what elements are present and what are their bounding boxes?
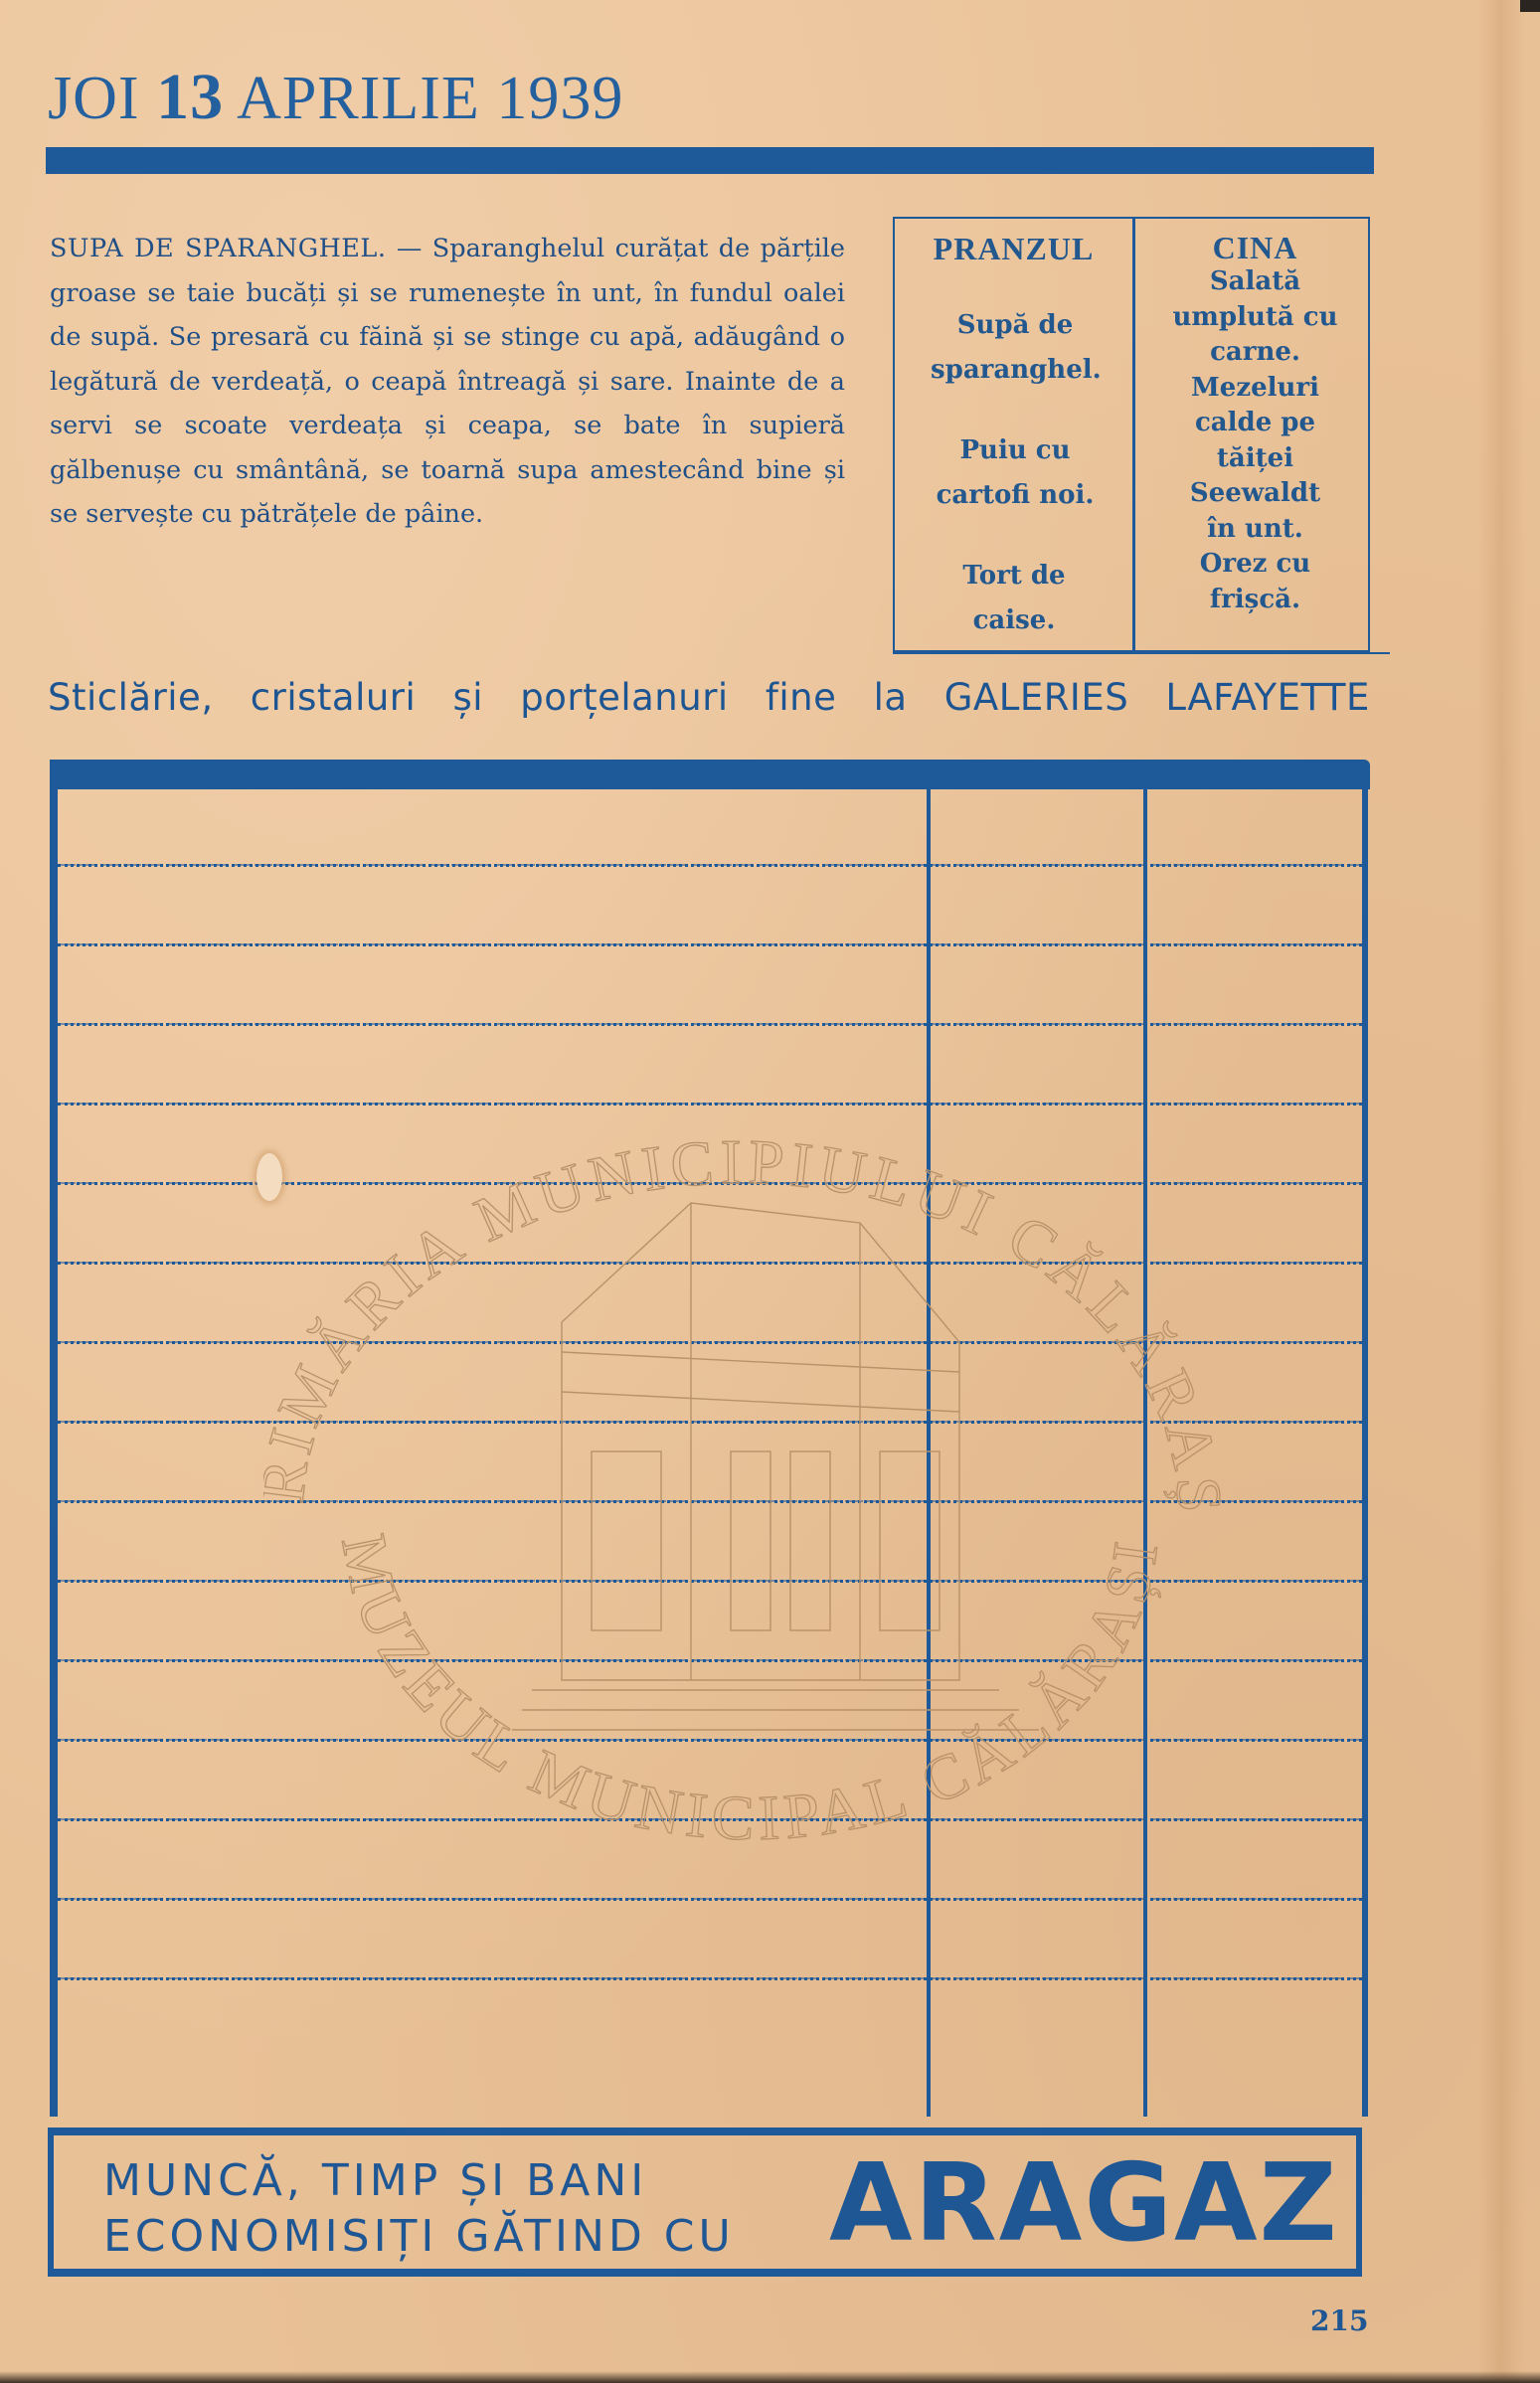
ad-word: fine (766, 676, 837, 719)
menu-line: Seewaldt (1138, 476, 1372, 512)
menu-line: Salată (1138, 264, 1372, 300)
daily-menu-table: PRANZUL Supă de sparanghel. Puiu cu cart… (893, 217, 1370, 652)
menu-line: Orez cu (1138, 547, 1372, 583)
scan-edge-bottom (0, 2371, 1540, 2383)
ledger-ruled-line (58, 1898, 1362, 1901)
ledger-ruled-line (58, 1103, 1362, 1106)
page-number: 215 (1310, 2304, 1368, 2337)
ledger-ruled-line (58, 1262, 1362, 1265)
ad-word: cristaluri (251, 676, 417, 719)
menu-item: Supă de sparanghel. (931, 303, 1100, 393)
menu-line: în unt. (1138, 512, 1372, 548)
menu-line: umplută cu (1138, 300, 1372, 336)
ledger-column-divider (927, 785, 931, 2117)
galeries-lafayette-ad: Sticlărie, cristaluri și porțelanuri fin… (48, 676, 1370, 719)
ad-word: LAFAYETTE (1165, 676, 1370, 719)
ledger-ruled-line (58, 1580, 1362, 1583)
ledger-ruled-line (58, 1182, 1362, 1185)
ledger-ruled-line (58, 1659, 1362, 1662)
menu-line: calde pe (1138, 406, 1372, 441)
ledger-border-left (50, 785, 58, 2117)
menu-item: Tort de caise. (944, 554, 1084, 643)
date-weekday: JOI (48, 65, 140, 132)
menu-item: Puiu cu cartofi noi. (931, 428, 1100, 518)
ad-word: porțelanuri (520, 676, 728, 719)
ledger-ruled-line (58, 1341, 1362, 1344)
recipe-title: SUPA DE SPARANGHEL. (50, 234, 386, 263)
scan-edge (1520, 0, 1540, 12)
date-year: 1939 (496, 65, 623, 132)
slogan-line-2: ECONOMISIȚI GĂTIND CU (103, 2209, 735, 2265)
menu-line: Mezeluri (1138, 371, 1372, 407)
expense-ledger-grid (50, 760, 1370, 2117)
menu-column-dinner: CINA Salată umplută cu carne. Mezeluri c… (1138, 219, 1372, 650)
slogan-line-1: MUNCĂ, TIMP ȘI BANI (103, 2153, 735, 2209)
menu-bottom-rule (893, 652, 1390, 654)
ledger-ruled-line (58, 1977, 1362, 1980)
aragaz-advertisement: MUNCĂ, TIMP ȘI BANI ECONOMISIȚI GĂTIND C… (48, 2128, 1362, 2277)
ledger-ruled-line (58, 1421, 1362, 1424)
title-underline-bar (46, 147, 1374, 174)
aragaz-brand: ARAGAZ (829, 2149, 1339, 2259)
menu-line: tăiței (1138, 441, 1372, 477)
recipe-body: Sparanghelul curățat de părțile groase s… (50, 234, 845, 529)
ledger-ruled-line (58, 864, 1362, 867)
menu-line: carne. (1138, 335, 1372, 371)
date-month: APRILIE (237, 65, 480, 132)
menu-heading-dinner: CINA (1138, 231, 1372, 264)
ledger-border-right (1362, 785, 1368, 2117)
ledger-ruled-line (58, 943, 1362, 946)
date-day: 13 (156, 61, 224, 133)
page-date-title: JOI 13 APRILIE 1939 (48, 60, 623, 135)
ledger-ruled-line (58, 1023, 1362, 1026)
ad-word: GALERIES (944, 676, 1128, 719)
menu-column-lunch: PRANZUL Supă de sparanghel. Puiu cu cart… (895, 219, 1135, 650)
ledger-column-divider (1143, 785, 1147, 2117)
ad-word: Sticlărie, (48, 676, 214, 719)
recipe-dash: — (386, 234, 431, 263)
aragaz-slogan: MUNCĂ, TIMP ȘI BANI ECONOMISIȚI GĂTIND C… (103, 2153, 735, 2265)
paper-hole (257, 1153, 282, 1201)
ad-word: la (874, 676, 908, 719)
recipe-block: SUPA DE SPARANGHEL. — Sparanghelul curăț… (50, 227, 845, 537)
calendar-page: JOI 13 APRILIE 1939 SUPA DE SPARANGHEL. … (0, 0, 1540, 2383)
ledger-ruled-line (58, 1500, 1362, 1503)
menu-heading-lunch: PRANZUL (895, 231, 1132, 267)
ledger-top-bar (50, 760, 1370, 789)
ad-word: și (452, 676, 483, 719)
ledger-ruled-line (58, 1739, 1362, 1742)
menu-line: frișcă. (1138, 583, 1372, 618)
ledger-ruled-line (58, 1818, 1362, 1821)
